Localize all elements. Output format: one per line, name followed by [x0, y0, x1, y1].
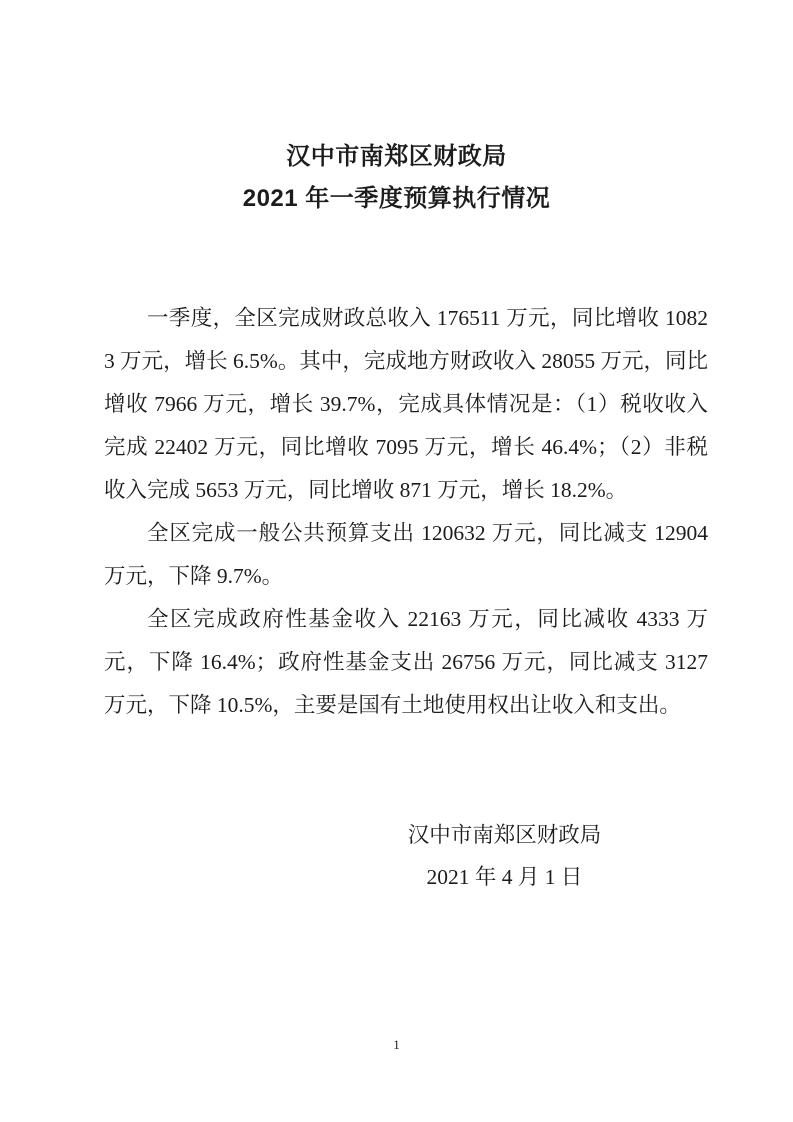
page-footer: 1: [0, 1036, 793, 1054]
paragraph-government-funds: 全区完成政府性基金收入 22163 万元，同比减收 4333 万元，下降 16.…: [104, 598, 708, 727]
signature-organization: 汉中市南郑区财政局: [108, 814, 793, 856]
title-line-1: 汉中市南郑区财政局: [0, 136, 793, 178]
document-page: 汉中市南郑区财政局 2021 年一季度预算执行情况 一季度，全区完成财政总收入 …: [0, 0, 793, 1122]
document-body: 一季度，全区完成财政总收入 176511 万元，同比增收 10823 万元，增长…: [104, 297, 708, 727]
title-line-2: 2021 年一季度预算执行情况: [0, 178, 793, 220]
paragraph-fiscal-revenue: 一季度，全区完成财政总收入 176511 万元，同比增收 10823 万元，增长…: [104, 297, 708, 512]
document-title: 汉中市南郑区财政局 2021 年一季度预算执行情况: [0, 136, 793, 220]
paragraph-public-budget-expenditure: 全区完成一般公共预算支出 120632 万元，同比减支 12904 万元，下降 …: [104, 512, 708, 598]
page-number: 1: [393, 1037, 400, 1052]
signature-block: 汉中市南郑区财政局 2021 年 4 月 1 日: [108, 814, 793, 898]
signature-date: 2021 年 4 月 1 日: [108, 856, 793, 898]
